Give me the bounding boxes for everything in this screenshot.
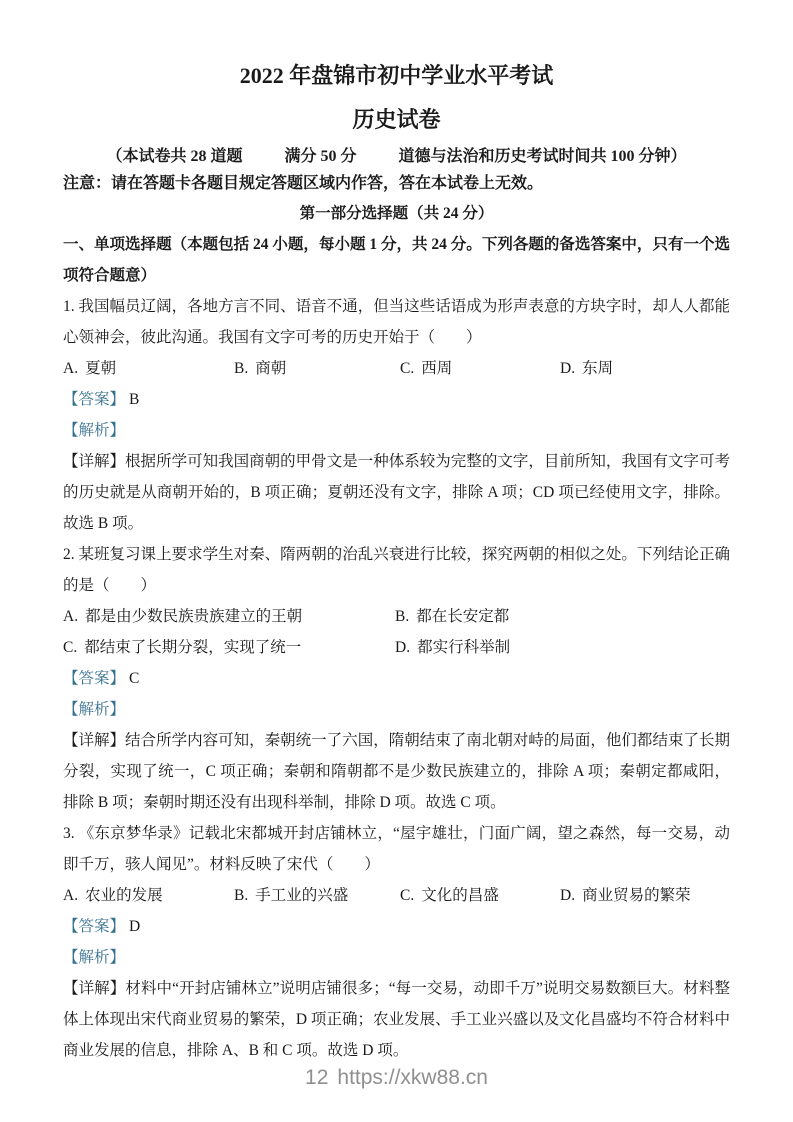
option-d: D.东周 bbox=[560, 353, 730, 384]
page-number: 12 bbox=[305, 1066, 328, 1089]
option-key: A. bbox=[63, 887, 78, 904]
option-key: D. bbox=[395, 639, 410, 656]
option-key: C. bbox=[63, 639, 77, 656]
answer-line: 【答案】D bbox=[63, 911, 730, 942]
footer-url[interactable]: https://xkw88.cn bbox=[337, 1066, 488, 1089]
exam-paper-page: 2022 年盘锦市初中学业水平考试 历史试卷 （本试卷共 28 道题 满分 50… bbox=[0, 0, 793, 1122]
options-row: A.夏朝 B.商朝 C.西周 D.东周 bbox=[63, 353, 730, 384]
section-intro: 一、单项选择题（本题包括 24 小题，每小题 1 分，共 24 分。下列各题的备… bbox=[63, 229, 730, 291]
option-d: D.商业贸易的繁荣 bbox=[560, 880, 730, 911]
question-block-1: 1. 我国幅员辽阔，各地方言不同、语音不通，但当这些话语成为形声表意的方块字时，… bbox=[63, 291, 730, 539]
document-body: 第一部分选择题（共 24 分） 一、单项选择题（本题包括 24 小题，每小题 1… bbox=[63, 198, 730, 1066]
analysis-label: 【解析】 bbox=[63, 422, 125, 439]
option-key: C. bbox=[400, 360, 414, 377]
answer-label: 【答案】 bbox=[63, 670, 125, 687]
option-a: A.都是由少数民族贵族建立的王朝 bbox=[63, 601, 395, 632]
document-content: 2022 年盘锦市初中学业水平考试 历史试卷 （本试卷共 28 道题 满分 50… bbox=[63, 0, 730, 1066]
question-stem: 2. 某班复习课上要求学生对秦、隋两朝的治乱兴衰进行比较，探究两朝的相似之处。下… bbox=[63, 539, 730, 601]
option-b: B.商朝 bbox=[234, 353, 400, 384]
option-text: 都结束了长期分裂，实现了统一 bbox=[84, 639, 301, 656]
answer-line: 【答案】B bbox=[63, 384, 730, 415]
option-text: 都是由少数民族贵族建立的王朝 bbox=[85, 608, 302, 625]
option-c: C.文化的昌盛 bbox=[400, 880, 560, 911]
option-text: 西周 bbox=[421, 360, 452, 377]
option-text: 手工业的兴盛 bbox=[255, 887, 348, 904]
answer-line: 【答案】C bbox=[63, 663, 730, 694]
answer-label: 【答案】 bbox=[63, 918, 125, 935]
option-key: D. bbox=[560, 887, 575, 904]
question-block-2: 2. 某班复习课上要求学生对秦、隋两朝的治乱兴衰进行比较，探究两朝的相似之处。下… bbox=[63, 539, 730, 818]
option-key: B. bbox=[234, 887, 248, 904]
option-key: B. bbox=[234, 360, 248, 377]
paper-info-line: （本试卷共 28 道题 满分 50 分 道德与法治和历史考试时间共 100 分钟… bbox=[63, 147, 730, 166]
detail-paragraph: 【详解】结合所学内容可知，秦朝统一了六国，隋朝结束了南北朝对峙的局面，他们都结束… bbox=[63, 725, 730, 818]
analysis-label: 【解析】 bbox=[63, 949, 125, 966]
option-a: A.夏朝 bbox=[63, 353, 234, 384]
exam-title: 2022 年盘锦市初中学业水平考试 bbox=[63, 63, 730, 89]
option-d: D.都实行科举制 bbox=[395, 632, 730, 663]
detail-paragraph: 【详解】材料中“开封店铺林立”说明店铺很多；“每一交易，动即千万”说明交易数额巨… bbox=[63, 973, 730, 1066]
page-footer: 12https://xkw88.cn bbox=[0, 1066, 793, 1090]
option-key: D. bbox=[560, 360, 575, 377]
option-text: 农业的发展 bbox=[85, 887, 163, 904]
options-row-top: A.都是由少数民族贵族建立的王朝 B.都在长安定都 bbox=[63, 601, 730, 632]
option-text: 都在长安定都 bbox=[416, 608, 509, 625]
answer-value: C bbox=[129, 670, 139, 687]
option-text: 东周 bbox=[582, 360, 613, 377]
option-key: B. bbox=[395, 608, 409, 625]
notice-line: 注意：请在答题卡各题目规定答题区域内作答，答在本试卷上无效。 bbox=[63, 174, 730, 193]
analysis-label: 【解析】 bbox=[63, 701, 125, 718]
option-b: B.都在长安定都 bbox=[395, 601, 730, 632]
question-stem: 1. 我国幅员辽阔，各地方言不同、语音不通，但当这些话语成为形声表意的方块字时，… bbox=[63, 291, 730, 353]
paper-info-question-count: （本试卷共 28 道题 bbox=[106, 148, 242, 165]
question-stem: 3. 《东京梦华录》记载北宋都城开封店铺林立，“屋宇雄壮，门面广阔，望之森然，每… bbox=[63, 818, 730, 880]
analysis-line: 【解析】 bbox=[63, 694, 730, 725]
paper-info-total-score: 满分 50 分 bbox=[284, 148, 356, 165]
options-row: A.农业的发展 B.手工业的兴盛 C.文化的昌盛 D.商业贸易的繁荣 bbox=[63, 880, 730, 911]
option-b: B.手工业的兴盛 bbox=[234, 880, 400, 911]
answer-value: D bbox=[129, 918, 140, 935]
answer-label: 【答案】 bbox=[63, 391, 125, 408]
paper-info-time-limit: 道德与法治和历史考试时间共 100 分钟） bbox=[399, 148, 687, 165]
option-key: A. bbox=[63, 608, 78, 625]
option-a: A.农业的发展 bbox=[63, 880, 234, 911]
option-key: C. bbox=[400, 887, 414, 904]
option-text: 都实行科举制 bbox=[417, 639, 510, 656]
option-text: 夏朝 bbox=[85, 360, 116, 377]
option-c: C.都结束了长期分裂，实现了统一 bbox=[63, 632, 395, 663]
part-heading: 第一部分选择题（共 24 分） bbox=[63, 198, 730, 229]
option-text: 商朝 bbox=[255, 360, 286, 377]
option-c: C.西周 bbox=[400, 353, 560, 384]
question-block-3: 3. 《东京梦华录》记载北宋都城开封店铺林立，“屋宇雄壮，门面广阔，望之森然，每… bbox=[63, 818, 730, 1066]
options-row-bottom: C.都结束了长期分裂，实现了统一 D.都实行科举制 bbox=[63, 632, 730, 663]
answer-value: B bbox=[129, 391, 139, 408]
option-text: 文化的昌盛 bbox=[421, 887, 499, 904]
option-text: 商业贸易的繁荣 bbox=[582, 887, 691, 904]
detail-paragraph: 【详解】根据所学可知我国商朝的甲骨文是一种体系较为完整的文字，目前所知，我国有文… bbox=[63, 446, 730, 539]
option-key: A. bbox=[63, 360, 78, 377]
analysis-line: 【解析】 bbox=[63, 415, 730, 446]
paper-title: 历史试卷 bbox=[63, 107, 730, 133]
analysis-line: 【解析】 bbox=[63, 942, 730, 973]
